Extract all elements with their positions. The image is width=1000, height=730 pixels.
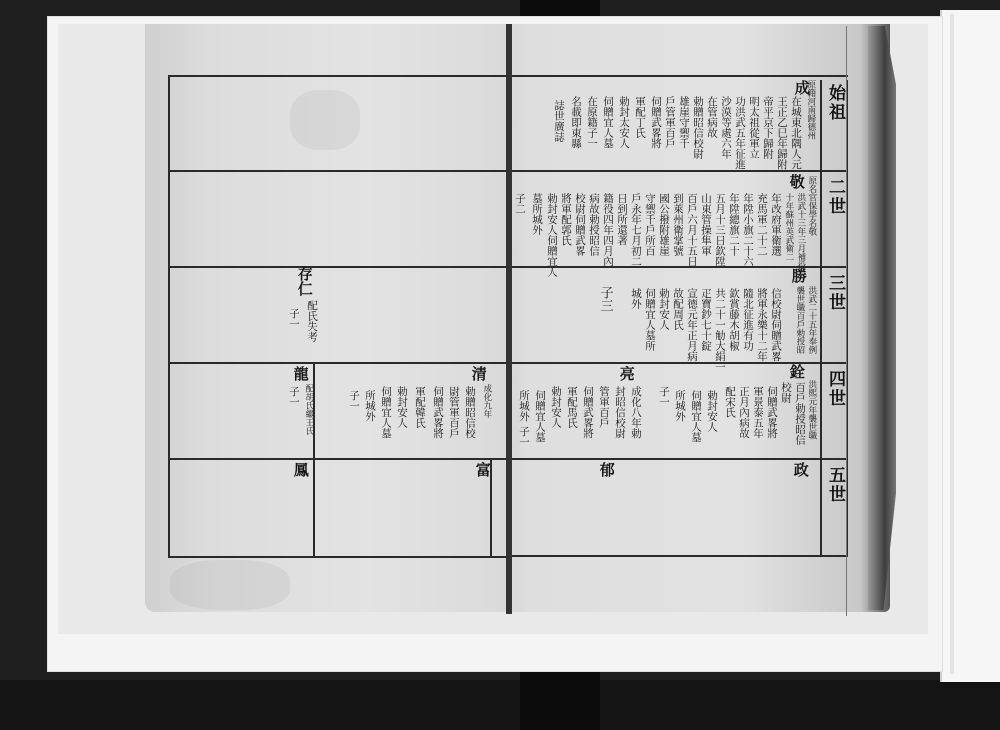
- right-grid-row-rule: [512, 458, 848, 460]
- gen4-right-text-col: 百戶勅授昭信: [794, 382, 805, 445]
- gen2-text-col: 十年蘇州英武衛二: [784, 193, 793, 261]
- dark-background-bottom: [0, 680, 1000, 730]
- gen2-children: 子二: [514, 193, 525, 214]
- gen2-text-col: 墓所城外: [531, 193, 542, 235]
- gen4-name-left: 亮: [618, 366, 634, 381]
- center-gutter-fold: [506, 24, 512, 614]
- gen2-text-col: 戶永年七月初二: [630, 193, 641, 267]
- right-grid-row-rule: [512, 75, 848, 77]
- founder-text-col: 軍配丁氏: [634, 96, 645, 138]
- left-gen5-name: 富: [474, 462, 490, 477]
- left-gen4-right-text-col: 所城外: [364, 390, 375, 422]
- left-gen4-right-text-col: 軍配韓氏: [414, 386, 425, 428]
- gen2-text-col: 將軍配郭氏: [560, 193, 571, 246]
- gen4-left-text-col: 伺贈武畧將: [582, 386, 593, 439]
- gen4-left-text-col: 伺贈宜人墓: [534, 390, 545, 443]
- left-grid-bottom-rule: [168, 556, 508, 558]
- founder-text-col: 原籍河南歸德州: [806, 80, 815, 140]
- gen3-text-col: 城外: [630, 288, 641, 309]
- gen4-right-text-col: 正月內病故: [738, 386, 749, 439]
- gen4-right-text-col: 伺贈宜人墓: [690, 390, 701, 443]
- left-gen3-children: 子一: [288, 308, 299, 329]
- founder-text-col: 誌世廣誌: [553, 100, 564, 142]
- gen2-text-col: 年改府軍衛選: [770, 193, 781, 256]
- gen2-text-col: 守禦千戶所百: [644, 193, 655, 256]
- founder-text-col: 伺贈宜人墓: [602, 96, 613, 149]
- gen3-text-col: 將軍永樂十二年: [756, 288, 767, 362]
- left-gen5-name: 鳳: [292, 462, 308, 477]
- gen2-text-col: 到萊州衛掌號: [672, 193, 683, 256]
- gen4-left-text-col: 所城外: [518, 390, 529, 422]
- gen3-name: 勝: [790, 268, 806, 283]
- founder-text-col: 帝平京下歸附: [762, 96, 773, 159]
- gen4-left-text-col: 封昭信校尉: [614, 386, 625, 439]
- founder-text-col: 在管病故: [706, 96, 717, 138]
- gen5-name: 郁: [598, 462, 614, 477]
- gen3-text-col: 勅封安人: [658, 288, 669, 330]
- gen3-text-col: 疋寶鈔七十錠: [700, 288, 711, 351]
- gen3-text-col: 信校尉伺贈武畧: [770, 288, 781, 362]
- gen4-left-text-col: 軍配馬氏: [566, 386, 577, 428]
- left-page-outer-rule: [168, 75, 170, 557]
- left-gen4-right-text-col: 勅封安人: [396, 386, 407, 428]
- generation-label-founder: 始祖: [823, 84, 848, 122]
- gen4-left-text-col: 成化八年勅: [630, 386, 641, 439]
- gen3-text-col: 伺贈宜人墓所: [644, 288, 655, 351]
- founder-text-col: 王正乙巳年歸附: [776, 96, 787, 170]
- generation-label-4: 四世: [823, 370, 848, 408]
- gen4-right-text-col: 所城外: [674, 390, 685, 422]
- generation-label-column-rule: [820, 80, 822, 556]
- gen2-text-col: 洪武十三年三月補役: [796, 193, 805, 270]
- gen4-right-text-col: 軍景泰五年: [752, 386, 763, 439]
- founder-text-col: 雄崖守禦千: [678, 96, 689, 149]
- gen2-text-col: 病故勅授昭信: [588, 193, 599, 256]
- left-grid-row-rule: [168, 458, 508, 460]
- left-gen4-left-text-col: 配胡氏繼王氏: [304, 384, 313, 435]
- gen4-right-text-col: 校尉: [780, 382, 791, 403]
- gen2-text-col: 勅封安人伺贈宜人: [546, 193, 557, 277]
- generation-label-3: 三世: [823, 274, 848, 312]
- gen4-right-text-col: 配宋氏: [724, 386, 735, 418]
- left-gen4-right-text-col: 成化九年: [482, 384, 491, 418]
- left-gen4-right-text-col: 尉管軍百戶: [448, 386, 459, 439]
- founder-text-col: 功洪武五年征進: [734, 96, 745, 170]
- gen3-text-col: 故配周氏: [672, 288, 683, 330]
- gen2-text-col: 籍役四年四月內: [602, 193, 613, 267]
- left-gen4-right-text-col: 伺贈宜人墓: [380, 386, 391, 439]
- gen2-text-col: 百戶六月十五日: [686, 193, 697, 267]
- left-gen4-right-text-col: 伺贈武畧將: [432, 386, 443, 439]
- left-gen4-name-right: 清: [470, 366, 486, 381]
- gen2-text-col: 國公撥附雄崖: [658, 193, 669, 256]
- gen3-text-col: 共二十一觔大絹一: [714, 288, 725, 372]
- left-gen4-left-children: 子一: [288, 386, 299, 407]
- next-page-edge: [940, 10, 1000, 682]
- generation-label-2: 二世: [823, 178, 848, 216]
- water-stain: [290, 90, 360, 150]
- left-grid-row-rule: [168, 170, 508, 172]
- gen4-left-children: 子一: [518, 426, 529, 447]
- gen3-text-col: 宣德元年正月病: [686, 288, 697, 362]
- gen3-text-col: 隨北征進有功: [742, 288, 753, 351]
- left-gen3-text-col: 配氏失考: [306, 300, 317, 342]
- gen2-text-col: 年陞總旗二十: [728, 193, 739, 256]
- founder-text-col: 伺贈武畧將: [650, 96, 661, 149]
- gen4-right-text-col: 洪熙元年襲世職: [807, 380, 816, 440]
- gen2-text-col: 充馬軍二十二: [756, 193, 767, 256]
- left-gen4-name-left: 龍: [292, 366, 308, 381]
- founder-text-col: 沙漠等處六年: [720, 96, 731, 159]
- gen4-name-right: 銓: [788, 364, 804, 379]
- founder-text-col: 在城東北隅人元: [790, 96, 801, 170]
- gen5-name: 政: [792, 462, 808, 477]
- founder-text-col: 勅贈昭信校尉: [692, 96, 703, 159]
- left-gen3-name: 存仁: [296, 266, 312, 296]
- right-grid-bottom-rule: [512, 555, 848, 557]
- gen2-text-col: 山東管操隼軍: [700, 193, 711, 256]
- left-gen4-right-text-col: 勅贈昭信校: [464, 386, 475, 439]
- worn-right-edge: [868, 26, 896, 610]
- left-grid-row-rule: [168, 362, 508, 364]
- generation-label-5: 五世: [823, 466, 848, 504]
- gen4-left-text-col: 勅封安人: [550, 386, 561, 428]
- founder-text-col: 明太祖從軍立: [748, 96, 759, 159]
- gen2-text-col: 原名官保學名敬: [807, 176, 816, 236]
- gen4-right-children: 子一: [658, 386, 669, 407]
- gen4-right-text-col: 伺贈武畧將: [766, 386, 777, 439]
- right-grid-row-rule: [512, 170, 848, 172]
- gen2-text-col: 五月十三日欽陞: [714, 193, 725, 267]
- founder-text-col: 戶管軍百戶: [664, 96, 675, 149]
- gen3-text-col: 襲世職百戶勅授昭: [795, 286, 804, 354]
- left-grid-row-rule: [168, 75, 508, 77]
- water-stain: [170, 560, 290, 610]
- left-grid-row-rule: [168, 266, 508, 268]
- gen4-left-text-col: 管軍百戶: [598, 386, 609, 428]
- next-page-fold: [950, 14, 954, 674]
- gen3-text-col: 欽賞藤木胡椒: [728, 288, 739, 351]
- founder-text-col: 勅封太安人: [618, 96, 629, 149]
- gen2-name: 敬: [788, 174, 804, 189]
- gen2-text-col: 年陞小旗二十六: [742, 193, 753, 267]
- gen3-text-col: 洪武二十五年奉例: [807, 286, 816, 354]
- gen4-right-text-col: 勅封安人: [706, 390, 717, 432]
- left-gen4-right-children: 子一: [348, 390, 359, 411]
- gen2-text-col: 校尉伺贈武畧: [574, 193, 585, 256]
- founder-text-col: 名載即東縣: [570, 96, 581, 149]
- gen3-children: 子三: [598, 286, 612, 312]
- founder-text-col: 在原籍子一: [586, 96, 597, 149]
- gen2-text-col: 日到所還著: [616, 193, 627, 246]
